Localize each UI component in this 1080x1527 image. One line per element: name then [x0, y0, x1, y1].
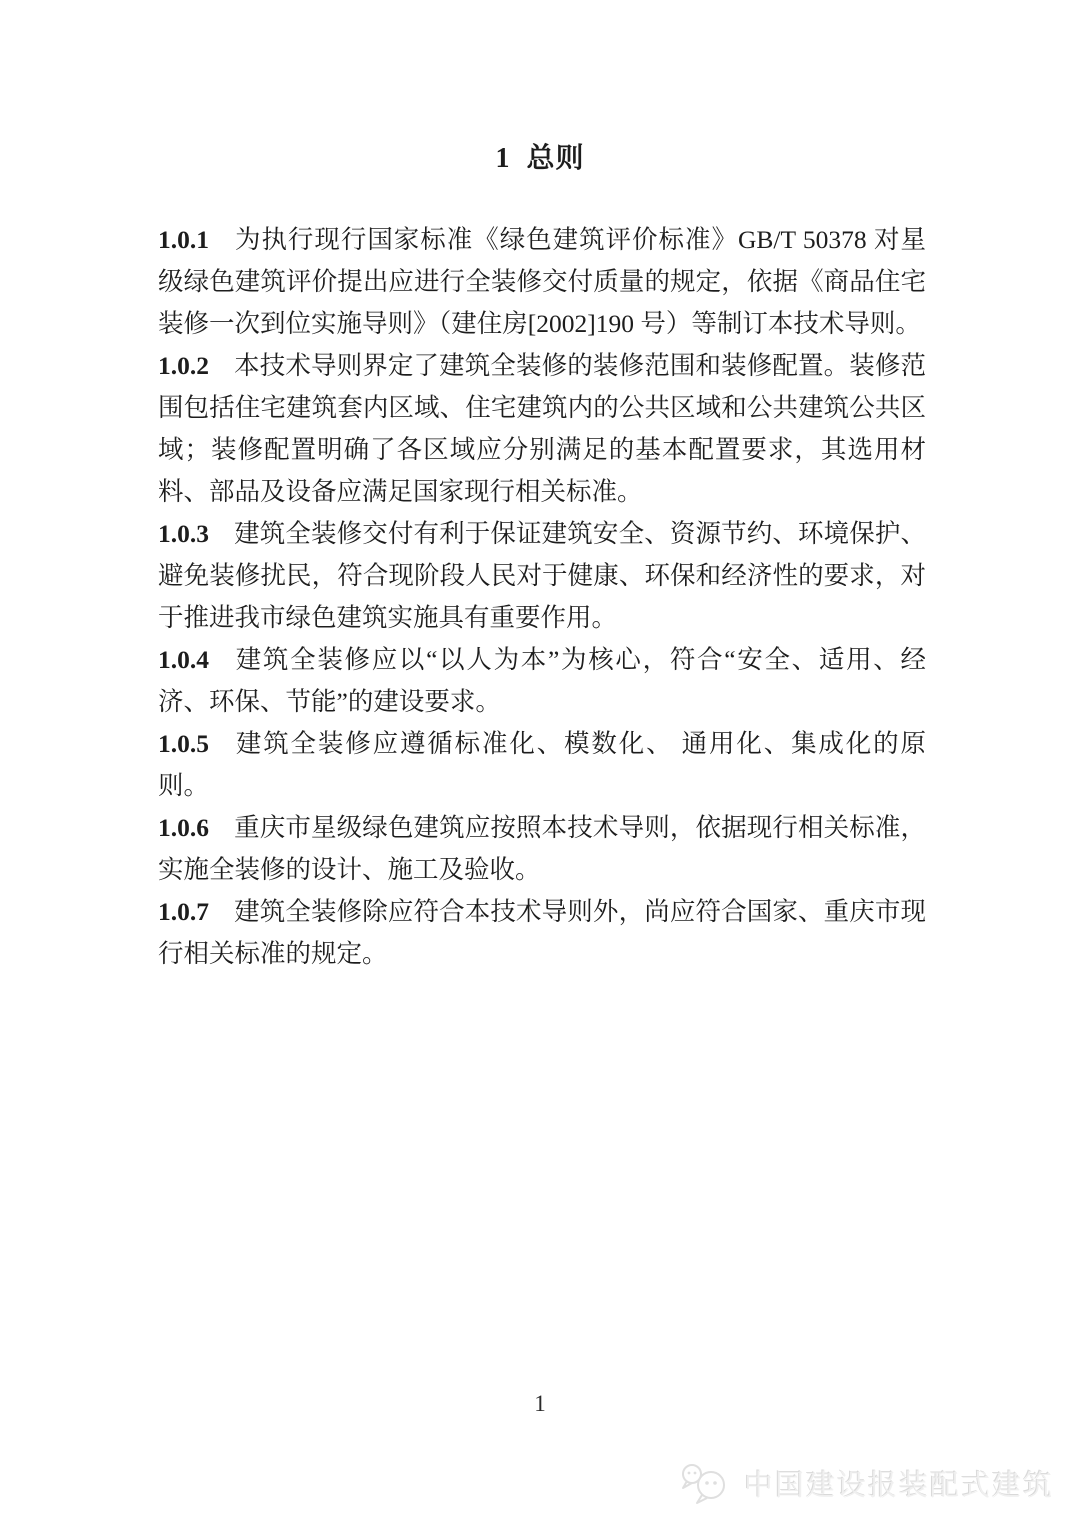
watermark-label: 中国建设报装配式建筑 — [744, 1463, 1054, 1504]
page-number: 1 — [0, 1391, 1080, 1417]
clause-1-0-4: 1.0.4建筑全装修应以“以人为本”为核心，符合“安全、适用、经济、环保、节能”… — [158, 639, 926, 723]
clause-text: 为执行现行国家标准《绿色建筑评价标准》GB/T 50378 对星级绿色建筑评价提… — [158, 225, 926, 338]
clause-number: 1.0.2 — [158, 351, 234, 380]
clause-text: 建筑全装修应以“以人为本”为核心，符合“安全、适用、经济、环保、节能”的建设要求… — [158, 645, 926, 716]
chat-bubbles-icon — [677, 1461, 735, 1505]
publisher-watermark: 中国建设报装配式建筑 — [677, 1461, 1054, 1505]
clause-1-0-2: 1.0.2本技术导则界定了建筑全装修的装修范围和装修配置。装修范围包括住宅建筑套… — [158, 345, 926, 513]
clause-text: 建筑全装修除应符合本技术导则外，尚应符合国家、重庆市现行相关标准的规定。 — [158, 897, 926, 968]
clause-number: 1.0.6 — [158, 813, 234, 842]
page-title: 1 总则 — [0, 136, 1080, 176]
document-page: 1 总则 1.0.1为执行现行国家标准《绿色建筑评价标准》GB/T 50378 … — [0, 0, 1080, 1527]
clause-1-0-6: 1.0.6重庆市星级绿色建筑应按照本技术导则，依据现行相关标准，实施全装修的设计… — [158, 807, 926, 891]
clause-1-0-7: 1.0.7建筑全装修除应符合本技术导则外，尚应符合国家、重庆市现行相关标准的规定… — [158, 891, 926, 975]
clause-text: 建筑全装修应遵循标准化、模数化、 通用化、集成化的原则。 — [158, 729, 926, 800]
clause-number: 1.0.5 — [158, 729, 234, 758]
document-body: 1.0.1为执行现行国家标准《绿色建筑评价标准》GB/T 50378 对星级绿色… — [158, 219, 926, 975]
clause-1-0-5: 1.0.5建筑全装修应遵循标准化、模数化、 通用化、集成化的原则。 — [158, 723, 926, 807]
clause-1-0-3: 1.0.3建筑全装修交付有利于保证建筑安全、资源节约、环境保护、避免装修扰民，符… — [158, 513, 926, 639]
clause-number: 1.0.1 — [158, 225, 234, 254]
clause-text: 重庆市星级绿色建筑应按照本技术导则，依据现行相关标准，实施全装修的设计、施工及验… — [158, 813, 926, 884]
clause-text: 建筑全装修交付有利于保证建筑安全、资源节约、环境保护、避免装修扰民，符合现阶段人… — [158, 519, 926, 632]
clause-1-0-1: 1.0.1为执行现行国家标准《绿色建筑评价标准》GB/T 50378 对星级绿色… — [158, 219, 926, 345]
clause-text: 本技术导则界定了建筑全装修的装修范围和装修配置。装修范围包括住宅建筑套内区域、住… — [158, 351, 926, 506]
clause-number: 1.0.4 — [158, 645, 234, 674]
clause-number: 1.0.7 — [158, 897, 234, 926]
clause-number: 1.0.3 — [158, 519, 234, 548]
